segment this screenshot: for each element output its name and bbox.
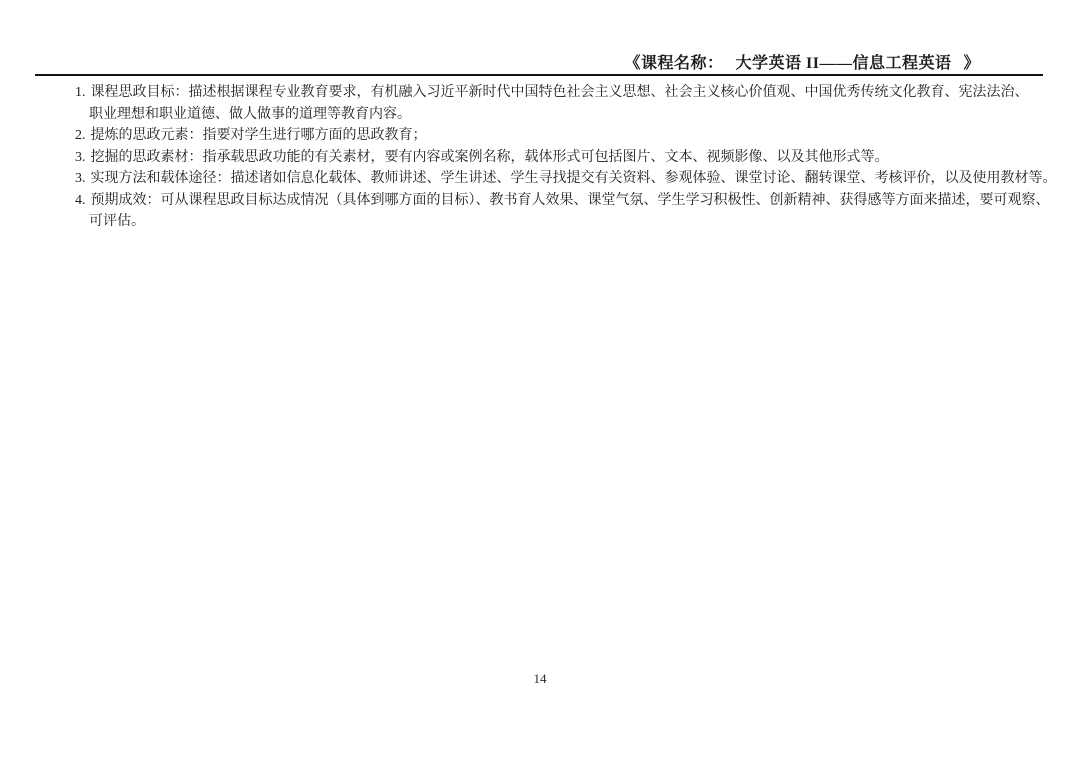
note-item-text: 提炼的思政元素：指要对学生进行哪方面的思政教育；	[91, 128, 427, 143]
note-item-text: 职业理想和职业道德、做人做事的道理等教育内容。	[89, 107, 411, 122]
note-item-1-line-1: 1.课程思政目标：描述根据课程专业教育要求，有机融入习近平新时代中国特色社会主义…	[75, 82, 1050, 104]
notes-list: 1.课程思政目标：描述根据课程专业教育要求，有机融入习近平新时代中国特色社会主义…	[75, 82, 1050, 233]
note-item-number: 4.	[75, 190, 86, 212]
document-page: 《课程名称：大学英语 II——信息工程英语》 1.课程思政目标：描述根据课程专业…	[0, 0, 1080, 764]
header-divider-rule	[35, 74, 1043, 76]
course-name-underlined: 大学英语 II——信息工程英语	[728, 50, 960, 75]
note-item-text: 课程思政目标：描述根据课程专业教育要求，有机融入习近平新时代中国特色社会主义思想…	[91, 85, 1029, 100]
note-item-number: 3.	[75, 147, 86, 169]
note-item-1-line-2: 职业理想和职业道德、做人做事的道理等教育内容。	[89, 104, 1050, 126]
note-item-5-line-2: 可评估。	[89, 211, 1050, 233]
course-title-suffix: 》	[963, 55, 980, 72]
note-item-4-line-1: 3.实现方法和载体途径：描述诸如信息化载体、教师讲述、学生讲述、学生寻找提交有关…	[75, 168, 1050, 190]
note-item-2-line-1: 2.提炼的思政元素：指要对学生进行哪方面的思政教育；	[75, 125, 1050, 147]
note-item-text: 预期成效：可从课程思政目标达成情况（具体到哪方面的目标）、教书育人效果、课堂气氛…	[91, 193, 1050, 208]
note-item-number: 2.	[75, 125, 86, 147]
note-item-number: 3.	[75, 168, 86, 190]
note-item-5-line-1: 4.预期成效：可从课程思政目标达成情况（具体到哪方面的目标）、教书育人效果、课堂…	[75, 190, 1050, 212]
note-item-text: 实现方法和载体途径：描述诸如信息化载体、教师讲述、学生讲述、学生寻找提交有关资料…	[91, 171, 1057, 186]
note-item-text: 挖掘的思政素材：指承载思政功能的有关素材，要有内容或案例名称，载体形式可包括图片…	[91, 150, 889, 165]
page-number: 14	[0, 671, 1080, 687]
note-item-3-line-1: 3.挖掘的思政素材：指承载思政功能的有关素材，要有内容或案例名称，载体形式可包括…	[75, 147, 1050, 169]
note-item-text: 可评估。	[89, 214, 145, 229]
course-title-prefix: 《课程名称：	[625, 55, 724, 72]
note-item-number: 1.	[75, 82, 86, 104]
course-title-header: 《课程名称：大学英语 II——信息工程英语》	[0, 50, 980, 75]
